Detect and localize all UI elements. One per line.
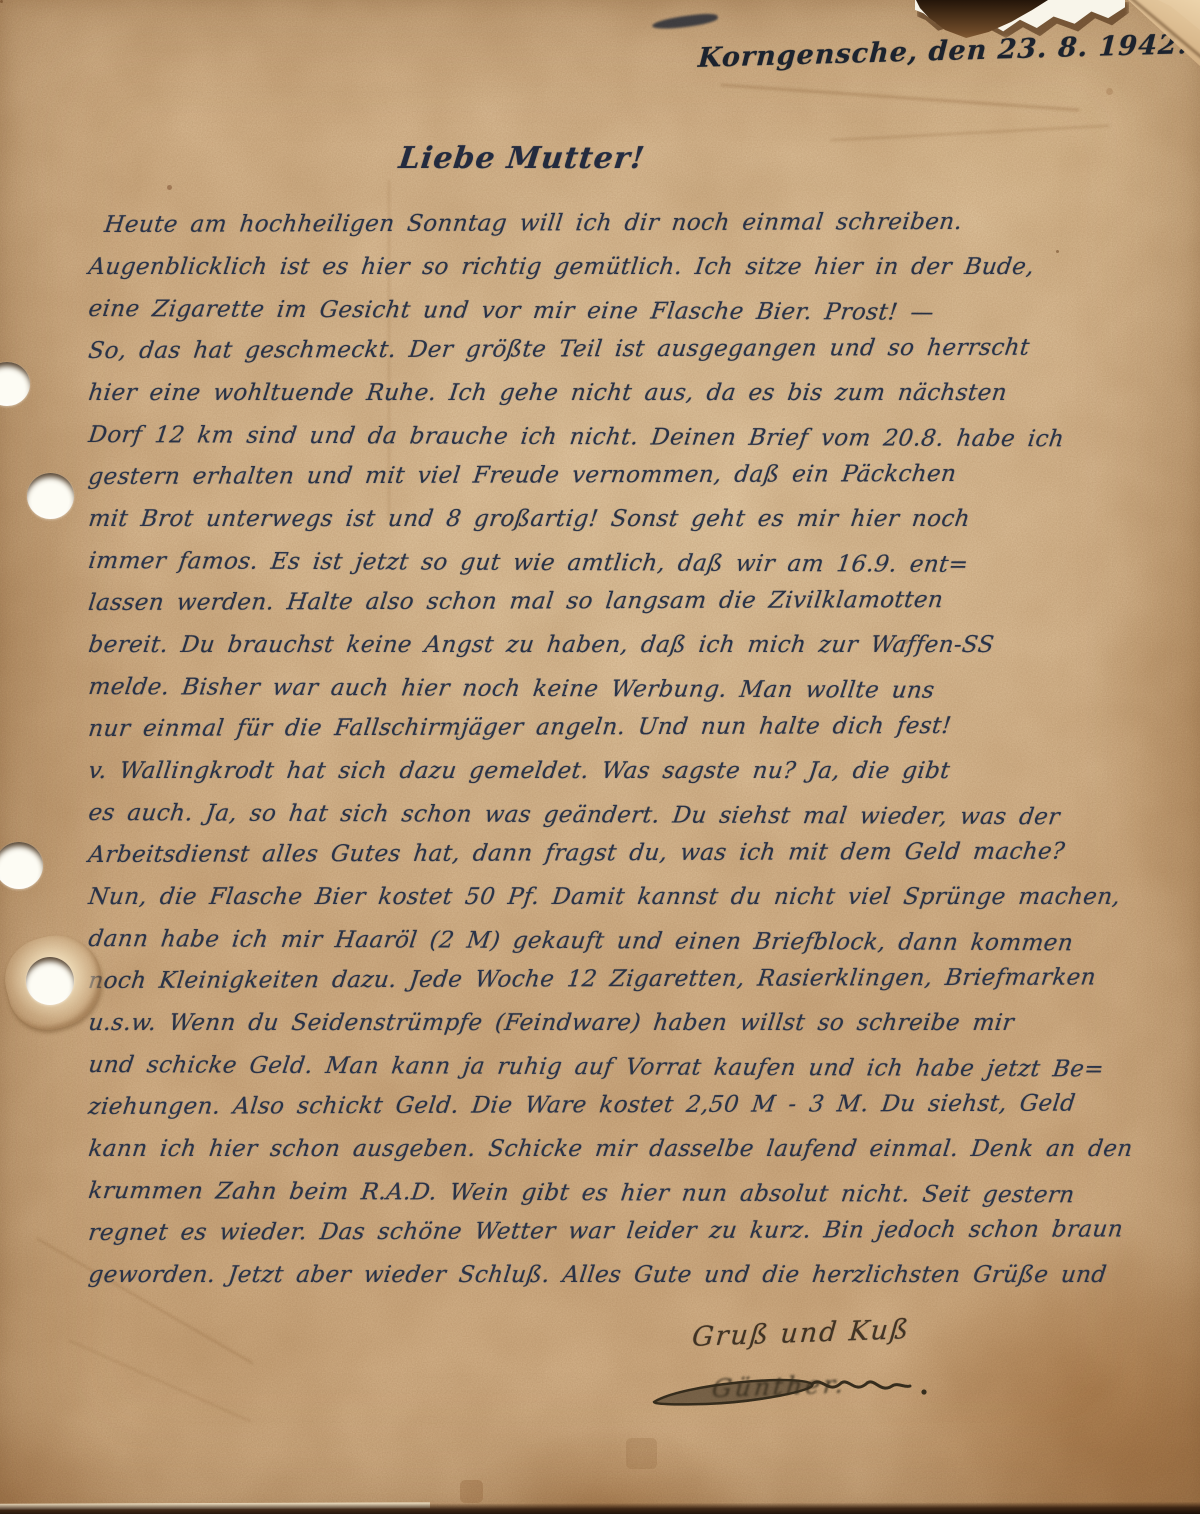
handwritten-line: noch Kleinigkeiten dazu. Jede Woche 12 Z…: [86, 956, 1111, 1002]
handwritten-line: bereit. Du brauchst keine Angst zu haben…: [86, 624, 1111, 666]
handwritten-line: gestern erhalten und mit viel Freude ver…: [86, 452, 1111, 498]
salutation: Liebe Mutter!: [397, 141, 647, 176]
handwritten-line: regnet es wieder. Das schöne Wetter war …: [86, 1208, 1111, 1254]
punch-hole: [27, 473, 74, 519]
handwritten-line: kann ich hier schon ausgeben. Schicke mi…: [86, 1128, 1111, 1170]
handwritten-line: hier eine wohltuende Ruhe. Ich gehe nich…: [86, 372, 1111, 414]
paper-stain-specks: [0, 0, 3, 3]
handwritten-line: So, das hat geschmeckt. Der größte Teil …: [86, 326, 1111, 372]
handwritten-line: ziehungen. Also schickt Geld. Die Ware k…: [86, 1082, 1111, 1128]
scan-bottom-edge: [0, 1502, 1200, 1514]
handwritten-line: geworden. Jetzt aber wieder Schluß. Alle…: [86, 1254, 1111, 1296]
handwritten-line: Augenblicklich ist es hier so richtig ge…: [86, 246, 1111, 288]
letter-body: Heute am hochheiligen Sonntag will ich d…: [86, 204, 1106, 1296]
handwritten-line: lassen werden. Halte also schon mal so l…: [86, 578, 1111, 624]
signature: Günther.: [711, 1370, 848, 1404]
handwritten-line: Arbeitsdienst alles Gutes hat, dann frag…: [86, 830, 1111, 876]
handwritten-line: Heute am hochheiligen Sonntag will ich d…: [86, 200, 1111, 246]
scanned-letter-scan: { "colors": { "paper": "#dcbd96", "ink_b…: [0, 0, 1200, 1514]
signature-block: Günther.: [648, 1360, 938, 1434]
punch-hole: [26, 957, 74, 1005]
handwritten-line: nur einmal für die Fallschirmjäger angel…: [86, 704, 1111, 750]
handwritten-line: mit Brot unterwegs ist und 8 großartig! …: [86, 498, 1111, 540]
handwritten-line: v. Wallingkrodt hat sich dazu gemeldet. …: [86, 750, 1111, 792]
handwritten-line: u.s.w. Wenn du Seidenstrümpfe (Feindware…: [86, 1002, 1111, 1044]
handwritten-line: Nun, die Flasche Bier kostet 50 Pf. Dami…: [86, 876, 1111, 918]
